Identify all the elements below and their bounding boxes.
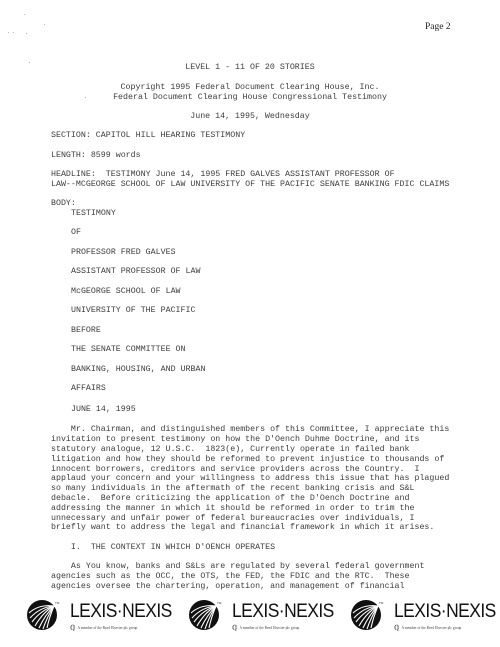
scan-speck bbox=[8, 32, 9, 33]
logo-tagline: ℚA member of the Reed Elsevier plc group bbox=[70, 624, 137, 632]
reed-elsevier-icon: ℚ bbox=[232, 624, 238, 632]
paragraph-line: debacle. Before criticizing the applicat… bbox=[51, 494, 409, 504]
paragraph-line: addressing the manner in which it should… bbox=[51, 504, 414, 514]
title-block-line: ASSISTANT PROFESSOR OF LAW bbox=[71, 267, 200, 277]
scan-speck bbox=[13, 32, 14, 33]
title-block-line: OF bbox=[71, 228, 81, 238]
svg-text:TM: TM bbox=[217, 601, 222, 605]
date-line: June 14, 1995, Wednesday bbox=[0, 112, 500, 122]
lexis-nexis-logo: TM LEXIS·NEXIS ℚA member of the Reed Els… bbox=[350, 596, 500, 636]
section-line: SECTION: CAPITOL HILL HEARING TESTIMONY bbox=[51, 131, 245, 141]
paragraph-line: statutory analogue, 12 U.S.C. 1823(e), C… bbox=[51, 445, 409, 455]
title-block-line: THE SENATE COMMITTEE ON bbox=[71, 345, 186, 355]
paragraph-line: As You know, banks and S&Ls are regulate… bbox=[51, 562, 424, 572]
title-block-line: McGEORGE SCHOOL OF LAW bbox=[71, 287, 181, 297]
title-block-line: BANKING, HOUSING, AND URBAN bbox=[71, 365, 205, 375]
level-line: LEVEL 1 - 11 OF 20 STORIES bbox=[0, 63, 500, 73]
title-block-line: TESTIMONY bbox=[71, 209, 116, 219]
lexis-nexis-sunburst-icon: TM bbox=[188, 598, 222, 632]
paragraph-line: applaud your concern and your willingnes… bbox=[51, 474, 449, 484]
page-number: Page 2 bbox=[425, 22, 451, 32]
logo-tagline: ℚA member of the Reed Elsevier plc group bbox=[232, 624, 299, 632]
paragraph-line: agencies such as the OCC, the OTS, the F… bbox=[51, 572, 409, 582]
lexis-nexis-wordmark: LEXIS·NEXIS bbox=[394, 601, 496, 623]
headline-line-1: HEADLINE: TESTIMONY June 14, 1995 FRED G… bbox=[51, 170, 395, 180]
scan-speck bbox=[44, 24, 45, 25]
body-label: BODY: bbox=[51, 199, 76, 209]
paragraph-line: litigation and how they should be reform… bbox=[51, 455, 444, 465]
reed-elsevier-icon: ℚ bbox=[394, 624, 400, 632]
lexis-nexis-logo: TM LEXIS·NEXIS ℚA member of the Reed Els… bbox=[188, 596, 358, 636]
headline-line-2: LAW--MCGEORGE SCHOOL OF LAW UNIVERSITY O… bbox=[51, 180, 449, 190]
length-line: LENGTH: 8599 words bbox=[51, 151, 141, 161]
svg-text:TM: TM bbox=[55, 601, 60, 605]
paragraph-line: invitation to present testimony on how t… bbox=[51, 435, 419, 445]
lexis-nexis-wordmark: LEXIS·NEXIS bbox=[232, 601, 334, 623]
title-block-line: JUNE 14, 1995 bbox=[71, 405, 136, 415]
title-block-line: PROFESSOR FRED GALVES bbox=[71, 248, 176, 258]
lexis-nexis-sunburst-icon: TM bbox=[26, 598, 60, 632]
title-block-line: UNIVERSITY OF THE PACIFIC bbox=[71, 306, 195, 316]
scan-speck bbox=[24, 14, 25, 15]
copyright-line: Copyright 1995 Federal Document Clearing… bbox=[0, 83, 500, 93]
lexis-nexis-sunburst-icon: TM bbox=[350, 598, 384, 632]
paragraph-line: agencies oversee the chartering, operati… bbox=[51, 582, 405, 592]
paragraph-line: briefly want to address the legal and fi… bbox=[51, 523, 434, 533]
paragraph-line: Mr. Chairman, and distinguished members … bbox=[51, 425, 449, 435]
logo-tagline: ℚA member of the Reed Elsevier plc group bbox=[394, 624, 461, 632]
lexis-nexis-wordmark: LEXIS·NEXIS bbox=[70, 601, 172, 623]
section-heading: I. THE CONTEXT IN WHICH D'OENCH OPERATES bbox=[51, 543, 275, 553]
title-block-line: AFFAIRS bbox=[71, 384, 106, 394]
publication-line: Federal Document Clearing House Congress… bbox=[0, 93, 500, 103]
lexis-nexis-logo: TM LEXIS·NEXIS ℚA member of the Reed Els… bbox=[26, 596, 196, 636]
scan-speck bbox=[26, 33, 27, 34]
reed-elsevier-icon: ℚ bbox=[70, 624, 76, 632]
title-block-line: BEFORE bbox=[71, 326, 101, 336]
svg-text:TM: TM bbox=[379, 601, 384, 605]
paragraph-line: so many individuals in the aftermath of … bbox=[51, 484, 414, 494]
